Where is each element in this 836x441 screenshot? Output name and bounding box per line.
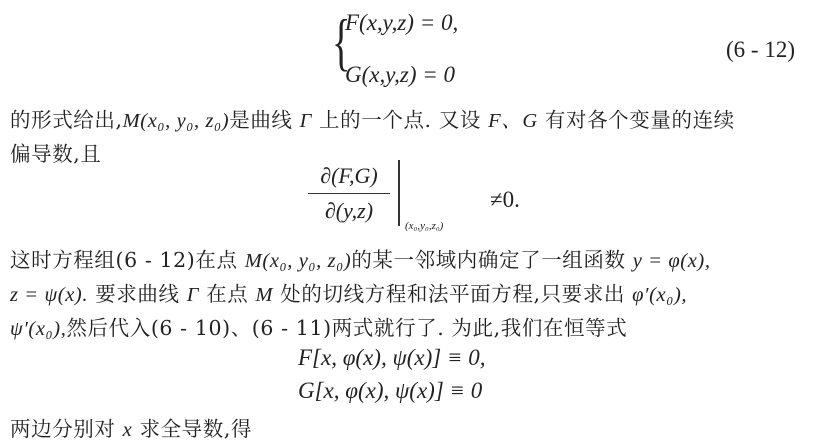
evaluation-bar (398, 160, 400, 226)
fraction-bar (308, 193, 390, 194)
jacobian-denominator: ∂(y,z) (308, 198, 390, 224)
jacobian-fraction: ∂(F,G) ∂(y,z) (308, 163, 390, 224)
equation-line-G: G(x,y,z) = 0 (345, 62, 455, 88)
equation-line-F: F(x,y,z) = 0, (345, 10, 458, 36)
identity-F: F[x, φ(x), ψ(x)] ≡ 0, (298, 345, 486, 371)
gamma-symbol: Γ (300, 110, 312, 132)
point-M: M(x₀, y₀, z₀) (123, 110, 230, 132)
evaluation-point: (x₀,y₀,z₀) (405, 220, 443, 232)
paragraph-2-line-1: 这时方程组(6 - 12)在点 M(x₀, y₀, z₀)的某一邻域内确定了一组… (10, 243, 711, 273)
paragraph-2-line-3: ψ′(x₀),然后代入(6 - 10)、(6 - 11)两式就行了. 为此,我们… (10, 311, 627, 341)
identity-G: G[x, φ(x), ψ(x)] ≡ 0 (298, 378, 482, 404)
paragraph-3-line-1: 两边分别对 x 求全导数,得 (10, 412, 252, 441)
paragraph-1-line-2: 偏导数,且 (10, 137, 102, 167)
paragraph-1-line-1: 的形式给出,M(x₀, y₀, z₀)是曲线 Γ 上的一个点. 又设 F、G 有… (10, 103, 735, 133)
equation-label: (6 - 12) (726, 37, 795, 63)
not-equal-zero: ≠0. (490, 187, 520, 213)
paragraph-2-line-2: z = ψ(x). 要求曲线 Γ 在点 M 处的切线方程和法平面方程,只要求出 … (10, 277, 687, 307)
jacobian-numerator: ∂(F,G) (308, 163, 390, 189)
